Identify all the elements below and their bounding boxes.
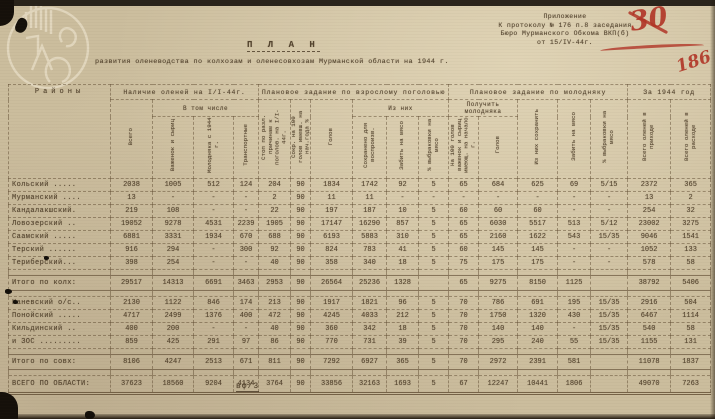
cell: 5	[419, 355, 449, 370]
cell: 8150	[518, 276, 558, 291]
table-row: Ловозерский ..19052927845312239190590171…	[9, 218, 711, 231]
column-header-young-head: Голов	[479, 117, 518, 179]
cell: 3275	[671, 218, 711, 231]
cell: 16290	[353, 218, 387, 231]
column-header-total: Всего	[111, 100, 153, 179]
ink-speck	[85, 411, 95, 419]
cell: 140	[518, 323, 558, 336]
cell: 291	[194, 336, 234, 349]
cell: 4247	[153, 355, 194, 370]
column-header-young-keep-label: Из них сохранить	[534, 109, 541, 165]
cell: 5/15	[591, 179, 628, 192]
cell: 90	[291, 231, 311, 244]
cell: 70	[449, 297, 479, 310]
cell: -	[234, 205, 259, 218]
protocol-line: от 15/IV-44г.	[460, 39, 670, 48]
page-title: П Л А Н	[247, 40, 320, 52]
column-header-total-incoming-label: Всего оленей в приходе	[642, 109, 656, 165]
cell: -	[234, 192, 259, 205]
cell: 5406	[671, 276, 711, 291]
cell: 9275	[479, 276, 518, 291]
cell: -	[194, 192, 234, 205]
cell: 5	[419, 244, 449, 257]
cell: 916	[111, 244, 153, 257]
cell: 310	[387, 231, 419, 244]
cell: 294	[153, 244, 194, 257]
cell: 60	[449, 205, 479, 218]
table-row: Терский ......916294-3009290824783415601…	[9, 244, 711, 257]
column-header-does: Важенок и сыриц	[153, 117, 194, 179]
table-row: Териберский...398254--409035834018575175…	[9, 257, 711, 270]
cell: 5	[419, 376, 449, 394]
cell: 70	[449, 310, 479, 323]
cell: 1750	[479, 310, 518, 323]
cell: -	[518, 192, 558, 205]
cell: 90	[291, 297, 311, 310]
column-header-losses-label: Стоп по разл. причинам к поголов. на I/I…	[261, 109, 288, 165]
cell: 58	[671, 257, 711, 270]
cell: 4245	[311, 310, 353, 323]
cell: -	[153, 192, 194, 205]
cell: 90	[291, 179, 311, 192]
cell: 1806	[558, 376, 591, 394]
cell: 365	[387, 355, 419, 370]
column-header-young-head-label: Голов	[495, 136, 502, 153]
cell: 2130	[111, 297, 153, 310]
cell: 1376	[194, 310, 234, 323]
column-header-slaughter-meat-label: Забить на мясо	[399, 121, 406, 170]
table-row: Саамский .....68813331193467068890619358…	[9, 231, 711, 244]
cell: 300	[234, 244, 259, 257]
cell: 11	[353, 192, 387, 205]
cell: 430	[558, 310, 591, 323]
cell: 9046	[628, 231, 671, 244]
column-header-young-cull-pct-label: % выбраковки на мясо	[602, 109, 616, 165]
column-header-young-slaughter: Забить на мясо	[558, 100, 591, 179]
cell: 40	[259, 257, 291, 270]
cell: 1622	[518, 231, 558, 244]
cell: 5/12	[591, 218, 628, 231]
column-header-per-100-does-label: На 100 голов важенок и сыриц имеющ. на н…	[450, 117, 477, 173]
cell: 513	[558, 218, 591, 231]
cell: 360	[311, 323, 353, 336]
cell: 40	[259, 323, 291, 336]
cell: -	[387, 192, 419, 205]
cell: -	[194, 244, 234, 257]
plan-table: Районы Наличие оленей на I/I-44г. Планов…	[8, 84, 711, 395]
cell: -	[558, 244, 591, 257]
cell: 2372	[628, 179, 671, 192]
ink-speck	[5, 289, 12, 294]
cell	[591, 276, 628, 291]
cell: 6030	[479, 218, 518, 231]
cell: 90	[291, 310, 311, 323]
cell: 5	[419, 297, 449, 310]
cell: 6927	[353, 355, 387, 370]
cell: 60	[518, 205, 558, 218]
row-label: Кильдинский ..	[9, 323, 111, 336]
cell: 2	[259, 192, 291, 205]
cell: 15/35	[591, 323, 628, 336]
cell: 1837	[671, 355, 711, 370]
cell: 1114	[671, 310, 711, 323]
cell: 96	[387, 297, 419, 310]
cell: 2499	[153, 310, 194, 323]
row-label: Териберский...	[9, 257, 111, 270]
subgroup-header-of-which: Из них	[353, 100, 449, 117]
cell: 17147	[311, 218, 353, 231]
cell: -	[591, 244, 628, 257]
scan-edge-top	[0, 0, 715, 6]
cell: 212	[387, 310, 419, 323]
cell: 1005	[153, 179, 194, 192]
column-header-head-count-label: Голов	[328, 128, 335, 145]
cell: 472	[259, 310, 291, 323]
cell: 425	[153, 336, 194, 349]
cell: 1155	[628, 336, 671, 349]
cell: -	[591, 257, 628, 270]
cell: 543	[558, 231, 591, 244]
column-header-head-count: Голов	[311, 100, 353, 179]
cell: 859	[111, 336, 153, 349]
cell: 39	[387, 336, 419, 349]
cell: -	[558, 192, 591, 205]
cell: 3764	[259, 376, 291, 394]
cell: 195	[558, 297, 591, 310]
row-label: Итого по совх:	[9, 355, 111, 370]
cell: 90	[291, 323, 311, 336]
cell: 86	[259, 336, 291, 349]
column-header-total-outgoing: Всего оленей в расходе	[671, 100, 711, 179]
cell: 578	[628, 257, 671, 270]
cell: 9278	[153, 218, 194, 231]
cell: 684	[479, 179, 518, 192]
cell: 783	[353, 244, 387, 257]
row-label: Кольский .....	[9, 179, 111, 192]
cell: 254	[628, 205, 671, 218]
cell: 625	[518, 179, 558, 192]
cell: 60	[479, 205, 518, 218]
cell: 9204	[194, 376, 234, 394]
cell: 90	[291, 276, 311, 291]
cell: 240	[518, 336, 558, 349]
cell: 5	[419, 205, 449, 218]
group-header-adult-plan: Плановое задание по взрослому поголовью	[259, 85, 449, 100]
cell: 2038	[111, 179, 153, 192]
cell: 23002	[628, 218, 671, 231]
page-subtitle: развития оленеводства по колхозам и олен…	[95, 58, 525, 66]
cell: 70	[449, 323, 479, 336]
cell: 204	[259, 179, 291, 192]
cell: -	[558, 323, 591, 336]
cell: -	[234, 257, 259, 270]
cell: 14313	[153, 276, 194, 291]
cell: 145	[479, 244, 518, 257]
cell: 18	[387, 323, 419, 336]
cell: 512	[194, 179, 234, 192]
subgroup-header-including: В том числе	[153, 100, 259, 117]
cell: 1052	[628, 244, 671, 257]
column-header-young-slaughter-label: Забить на мясо	[571, 112, 578, 161]
protocol-reference: Приложение К протоколу № 176 п.8 заседан…	[460, 13, 670, 47]
cell: 175	[479, 257, 518, 270]
table-row: Кольский .....20381005512124204901834174…	[9, 179, 711, 192]
column-header-total-outgoing-label: Всего оленей в расходе	[684, 109, 698, 165]
cell: 92	[259, 244, 291, 257]
cell: 32163	[353, 376, 387, 394]
cell: 19052	[111, 218, 153, 231]
column-header-per-100-does: На 100 голов важенок и сыриц имеющ. на н…	[449, 117, 479, 179]
cell: 846	[194, 297, 234, 310]
cell: -	[234, 323, 259, 336]
table-body: Кольский .....20381005512124204901834174…	[9, 179, 711, 394]
cell: 15/35	[591, 297, 628, 310]
cell: 145	[518, 244, 558, 257]
cell: 65	[449, 179, 479, 192]
column-header-total-label: Всего	[128, 128, 135, 145]
cell: 2916	[628, 297, 671, 310]
cell: 824	[311, 244, 353, 257]
cell: 131	[671, 336, 711, 349]
cell: 340	[353, 257, 387, 270]
column-header-does-label: Важенок и сыриц	[170, 119, 177, 171]
column-header-transport: Транспортные	[234, 117, 259, 179]
cell: 18560	[153, 376, 194, 394]
cell: 6881	[111, 231, 153, 244]
cell: 1742	[353, 179, 387, 192]
cell: 4531	[194, 218, 234, 231]
cell: 58	[671, 323, 711, 336]
table-row: Мурманский ....13---2901111-------132	[9, 192, 711, 205]
cell: 1693	[387, 376, 419, 394]
cell: 540	[628, 323, 671, 336]
cell: 90	[291, 336, 311, 349]
column-header-losses: Стоп по разл. причинам к поголов. на I/I…	[259, 100, 291, 179]
cell: 254	[153, 257, 194, 270]
cell: 33856	[311, 376, 353, 394]
cell: 1320	[518, 310, 558, 323]
column-header-total-incoming: Всего оленей в приходе	[628, 100, 671, 179]
cell: 5517	[518, 218, 558, 231]
cell: 32	[671, 205, 711, 218]
cell: 90	[291, 257, 311, 270]
table-row: и ЗОС .........8594252919786907707313957…	[9, 336, 711, 349]
cell: 5	[419, 179, 449, 192]
cell: 11	[311, 192, 353, 205]
cell: 2513	[194, 355, 234, 370]
row-label: Итого по колх:	[9, 276, 111, 291]
cell: 60	[449, 244, 479, 257]
column-header-transport-label: Транспортные	[243, 124, 250, 166]
row-label: и ЗОС .........	[9, 336, 111, 349]
cell: 75	[449, 257, 479, 270]
cell: 10441	[518, 376, 558, 394]
cell: 770	[311, 336, 353, 349]
cell: 504	[671, 297, 711, 310]
cell: -	[558, 257, 591, 270]
cell: 41	[387, 244, 419, 257]
column-header-young-cull-pct: % выбраковки на мясо	[591, 100, 628, 179]
column-header-cull-pct-label: % выбраковки на мясо	[427, 117, 441, 173]
protocol-line: К протоколу № 176 п.8 заседания	[460, 22, 670, 31]
row-label: Терский ......	[9, 244, 111, 257]
column-header-kept-breeding: Сохранено для воспроизв.	[353, 117, 387, 179]
cell: 5	[419, 218, 449, 231]
cell: 10	[387, 205, 419, 218]
table-row: ВСЕГО ПО ОБЛАСТИ:37623185609204413437649…	[9, 376, 711, 394]
column-header-young-keep: Из них сохранить	[518, 100, 558, 179]
cell: 5	[419, 310, 449, 323]
ink-speck	[44, 256, 49, 260]
cell: 70	[449, 355, 479, 370]
cell: 670	[234, 231, 259, 244]
column-header-young-1944-label: Молодняка с 1944 г.	[207, 117, 221, 173]
cell	[419, 276, 449, 291]
cell	[591, 355, 628, 370]
row-label: Понойский .....	[9, 310, 111, 323]
cell: 133	[671, 244, 711, 257]
cell: 671	[234, 355, 259, 370]
cell: 365	[671, 179, 711, 192]
cell: 1917	[311, 297, 353, 310]
cell: 1905	[259, 218, 291, 231]
group-header-stock: Наличие оленей на I/I-44г.	[111, 85, 259, 100]
cell: 69	[558, 179, 591, 192]
cell: 124	[234, 179, 259, 192]
cell: 90	[291, 244, 311, 257]
cell: -	[194, 323, 234, 336]
cell: 5	[419, 323, 449, 336]
cell: 857	[387, 218, 419, 231]
cell: 2953	[259, 276, 291, 291]
cell: 5	[419, 336, 449, 349]
cell: 6193	[311, 231, 353, 244]
cell: 2391	[518, 355, 558, 370]
table-row: Каневский о/с..2130112284617421390191718…	[9, 297, 711, 310]
cell: 18	[387, 257, 419, 270]
cell: 6467	[628, 310, 671, 323]
row-label: ВСЕГО ПО ОБЛАСТИ:	[9, 376, 111, 394]
cell: 3331	[153, 231, 194, 244]
cell: 400	[234, 310, 259, 323]
cell: 4717	[111, 310, 153, 323]
cell: 38792	[628, 276, 671, 291]
cell: -	[194, 205, 234, 218]
cell: 1821	[353, 297, 387, 310]
row-label: Саамский .....	[9, 231, 111, 244]
cell: 22	[259, 205, 291, 218]
cell: 90	[291, 355, 311, 370]
cell: 197	[311, 205, 353, 218]
cell: 140	[479, 323, 518, 336]
cell: 67	[449, 376, 479, 394]
cell: 5	[419, 231, 449, 244]
cell: -	[591, 192, 628, 205]
table-row: Кандалакшский.219108--229019718710560606…	[9, 205, 711, 218]
cell: 1541	[671, 231, 711, 244]
table-row: Понойский .....4717249913764004729042454…	[9, 310, 711, 323]
cell: 8106	[111, 355, 153, 370]
cell: 1834	[311, 179, 353, 192]
cell: 7263	[671, 376, 711, 394]
row-label: Каневский о/с..	[9, 297, 111, 310]
scanned-page: 30 186 Приложение К протоколу № 176 п.8 …	[0, 0, 715, 419]
cell: 187	[353, 205, 387, 218]
cell: 219	[111, 205, 153, 218]
cell: -	[449, 192, 479, 205]
cell: 37623	[111, 376, 153, 394]
cell: 400	[111, 323, 153, 336]
cell: 2160	[479, 231, 518, 244]
ink-speck	[13, 300, 18, 304]
cell: 15/35	[591, 336, 628, 349]
cell: 1328	[387, 276, 419, 291]
column-header-kept-breeding-label: Сохранено для воспроизв.	[363, 117, 377, 173]
cell: 92	[387, 179, 419, 192]
cell: 90	[291, 218, 311, 231]
cell: -	[419, 192, 449, 205]
cell: 90	[291, 205, 311, 218]
cell: 691	[518, 297, 558, 310]
cell: 2972	[479, 355, 518, 370]
cell: 13	[111, 192, 153, 205]
cell: 398	[111, 257, 153, 270]
cell: 65	[449, 218, 479, 231]
cell: 7292	[311, 355, 353, 370]
scan-edge-right	[710, 0, 715, 419]
table-row: Кильдинский ..400200--409036034218570140…	[9, 323, 711, 336]
cell: -	[591, 205, 628, 218]
plan-table-container: Районы Наличие оленей на I/I-44г. Планов…	[8, 84, 710, 395]
cell: 108	[153, 205, 194, 218]
cell: 342	[353, 323, 387, 336]
cell: 731	[353, 336, 387, 349]
typist-mark: вф/3	[236, 382, 259, 392]
cell: 213	[259, 297, 291, 310]
cell: 15/35	[591, 231, 628, 244]
cell: 12247	[479, 376, 518, 394]
cell: 97	[234, 336, 259, 349]
cell: 29517	[111, 276, 153, 291]
cell: 70	[449, 336, 479, 349]
cell: 1122	[153, 297, 194, 310]
cell: 175	[518, 257, 558, 270]
cell: 1125	[558, 276, 591, 291]
cell: 90	[291, 376, 311, 394]
cell: 295	[479, 336, 518, 349]
cell: 90	[291, 192, 311, 205]
cell: 11078	[628, 355, 671, 370]
cell: -	[479, 192, 518, 205]
column-header-reduction-pct-label: Сокр. на 100 голов имевш. на нач.года %	[291, 109, 311, 165]
cell: 786	[479, 297, 518, 310]
column-header-slaughter-meat: Забить на мясо	[387, 117, 419, 179]
cell	[591, 376, 628, 394]
protocol-line: Приложение	[460, 13, 670, 22]
column-header-cull-pct: % выбраковки на мясо	[419, 117, 449, 179]
cell: 2239	[234, 218, 259, 231]
protocol-line: Бюро Мурманского Обкома ВКП(б)	[460, 30, 670, 39]
cell: 5883	[353, 231, 387, 244]
row-label: Ловозерский ..	[9, 218, 111, 231]
cell: 2	[671, 192, 711, 205]
cell: 65	[449, 276, 479, 291]
cell: 15/35	[591, 310, 628, 323]
cell: 358	[311, 257, 353, 270]
cell: 3463	[234, 276, 259, 291]
cell: 49070	[628, 376, 671, 394]
column-header-young-1944: Молодняка с 1944 г.	[194, 117, 234, 179]
